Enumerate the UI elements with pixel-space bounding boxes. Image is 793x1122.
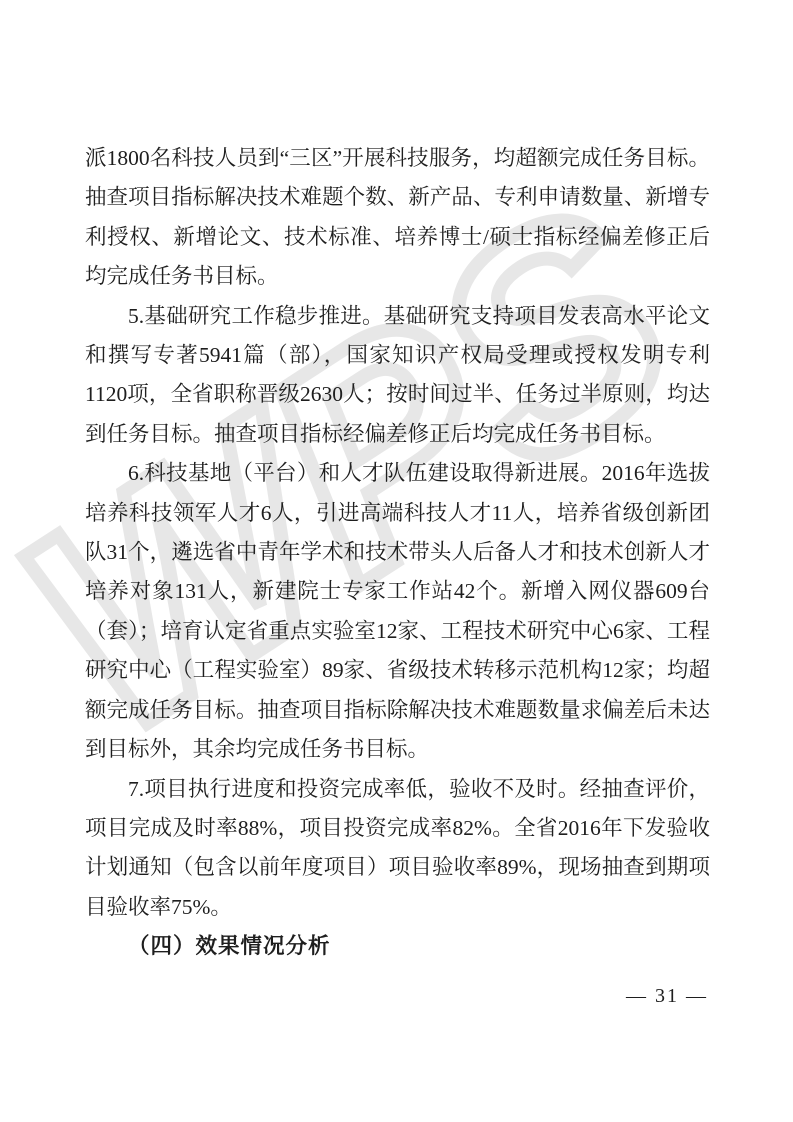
document-page: WPS 派1800名科技人员到“三区”开展科技服务，均超额完成任务目标。抽查项目… [0,0,793,1122]
paragraph-tech-bases-talent: 6.科技基地（平台）和人才队伍建设取得新进展。2016年选拔培养科技领军人才6人… [85,454,710,769]
paragraph-science-service: 派1800名科技人员到“三区”开展科技服务，均超额完成任务目标。抽查项目指标解决… [85,139,710,297]
paragraph-project-progress: 7.项目执行进度和投资完成率低，验收不及时。经抽查评价，项目完成及时率88%，项… [85,770,710,928]
page-number: — 31 — [408,985,708,1008]
document-body: 派1800名科技人员到“三区”开展科技服务，均超额完成任务目标。抽查项目指标解决… [85,139,710,967]
section-heading-effect-analysis: （四）效果情况分析 [85,927,710,966]
paragraph-basic-research: 5.基础研究工作稳步推进。基础研究支持项目发表高水平论文和撰写专著5941篇（部… [85,297,710,455]
